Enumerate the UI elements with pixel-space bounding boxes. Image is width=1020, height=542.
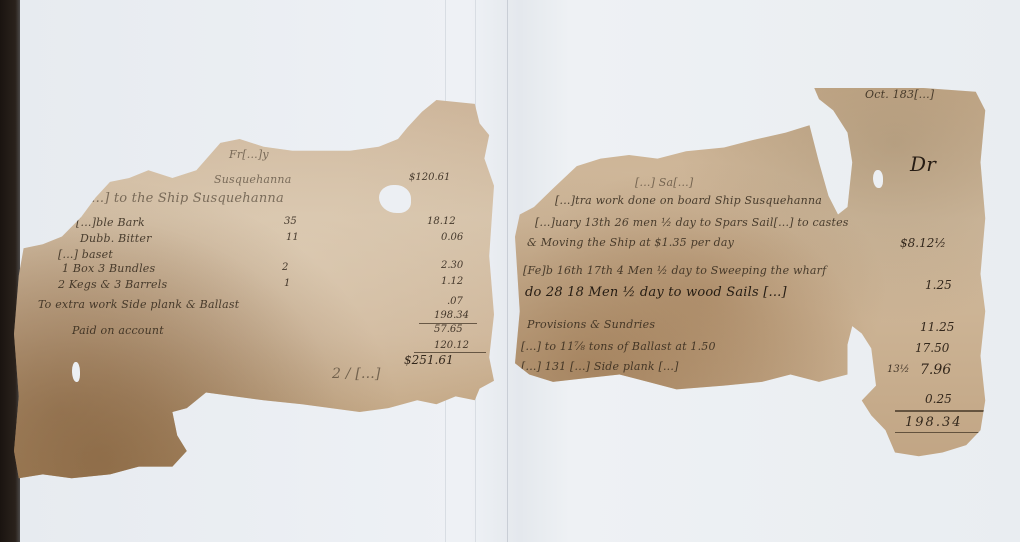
line-amount: $8.12½ [900, 236, 946, 250]
item-amount: 0.06 [441, 232, 463, 243]
item-amount: 2.30 [441, 260, 463, 271]
account-line: & Moving the Ship at $1.35 per day [527, 236, 734, 249]
account-line: [Fe]b 16th 17th 4 Men ½ day to Sweeping … [523, 264, 826, 277]
header-ship-name: Susquehanna [214, 173, 291, 186]
item-qty: 2 [282, 262, 288, 273]
signature-fragment: 2 / [...] [332, 368, 381, 381]
debit-mark: Dr [910, 158, 936, 171]
item-description: 2 Kegs & 3 Barrels [58, 278, 167, 291]
line-amount: 17.50 [915, 341, 949, 355]
balance-amount: 120.12 [434, 340, 469, 351]
item-amount: 18.12 [427, 216, 456, 227]
line-amount: 0.25 [925, 392, 952, 406]
line-amount: 11.25 [920, 320, 954, 334]
heading-fragment: [...] Sa[...] [635, 176, 693, 189]
document-total: 198.34 [905, 415, 963, 430]
paper-hole [72, 362, 80, 382]
item-description: To extra work Side plank & Ballast [38, 298, 239, 311]
item-description: [...]ble Bark [76, 216, 145, 229]
header-line: Fr[...]y [229, 148, 269, 161]
header-total: $120.61 [409, 172, 450, 183]
account-line: [...] 131 [...] Side plank [...] [521, 360, 679, 373]
item-description: 1 Box 3 Bundles [62, 262, 155, 275]
item-amount: 1.12 [441, 276, 463, 287]
item-qty: 1 [284, 278, 290, 289]
ledger-title: [...] to the Ship Susquehanna [86, 192, 284, 205]
item-description: [...] baset [58, 248, 113, 261]
paper-hole [873, 170, 883, 188]
line-amount: 1.25 [925, 278, 952, 292]
account-line: [...]tra work done on board Ship Susqueh… [555, 194, 822, 207]
item-description: Dubb. Bitter [80, 232, 152, 245]
item-qty: 35 [284, 216, 297, 227]
account-line: [...]uary 13th 26 men ½ day to Spars Sai… [535, 216, 849, 229]
account-line: Provisions & Sundries [527, 318, 655, 331]
center-fold [507, 0, 508, 542]
total-rule [895, 410, 985, 412]
total-underline [895, 432, 985, 433]
paid-on-account-label: Paid on account [72, 324, 164, 337]
item-qty: 11 [286, 232, 299, 243]
grand-total: $251.61 [404, 353, 454, 367]
date-fragment: Oct. 183[...] [865, 88, 934, 101]
subtotal: 198.34 [434, 310, 469, 321]
paper-hole [379, 185, 411, 213]
item-amount: .07 [447, 296, 463, 307]
account-line: do 28 18 Men ½ day to wood Sails [...] [525, 286, 787, 299]
paid-amount: 57.65 [434, 324, 463, 335]
line-amount: 7.96 [920, 362, 951, 378]
fraction-note: 13½ [887, 364, 909, 375]
account-line: [...] to 11⅞ tons of Ballast at 1.50 [521, 340, 716, 353]
